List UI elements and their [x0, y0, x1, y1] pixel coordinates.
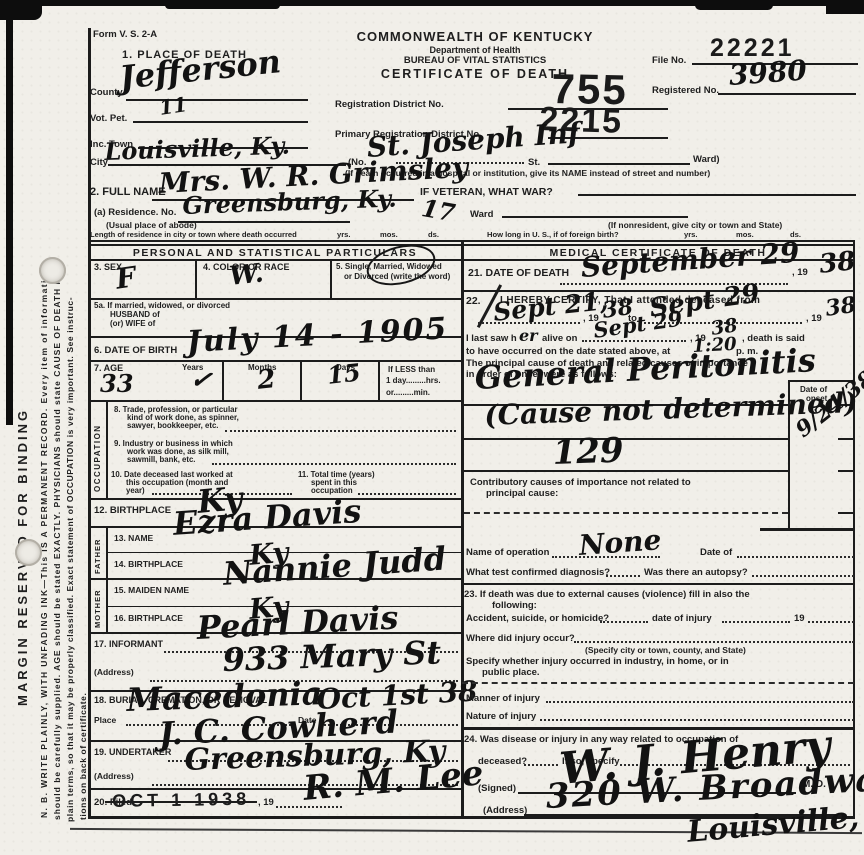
row6-bottom-line [88, 360, 462, 362]
residence-label: (a) Residence. No. [94, 208, 176, 218]
contributory-right-seg [838, 512, 854, 514]
date-of-death-label: 21. DATE OF DEATH [468, 268, 569, 279]
scan-edge-left [6, 5, 13, 425]
q24-deceased-label: deceased? [478, 757, 527, 767]
nature-dotted-line [540, 719, 854, 721]
accident-dotted-line [600, 621, 648, 623]
margin-note-line2: should be carefully supplied. AGE should… [53, 275, 62, 820]
mother-inner-border [106, 578, 108, 632]
married-note-line2: HUSBAND of [110, 311, 160, 319]
mother-vertical-label: MOTHER [94, 590, 102, 629]
department-subtitle: Department of Health [330, 46, 620, 55]
last-saw-text1: I last saw h [466, 334, 517, 344]
undertaker-address-label: (Address) [94, 772, 134, 781]
injury-date-label: date of injury [652, 614, 712, 624]
age-handwritten: 33 [100, 372, 133, 396]
street-label: St. [528, 158, 540, 168]
dob-label: 6. DATE OF BIRTH [94, 346, 177, 356]
years-handwritten-check: ✓ [188, 366, 213, 395]
vot-pet-label: Vot. Pet. [90, 114, 127, 124]
mos1-label: mos. [380, 231, 398, 239]
street-ward-line [548, 163, 690, 165]
test-dotted-line [606, 575, 640, 577]
married-note-line3: (or) WIFE of [110, 320, 155, 328]
q24-deceased-dotted-line [524, 764, 558, 766]
filed-year-label: , 19 [258, 798, 274, 808]
color-race-handwritten: W. [228, 260, 265, 289]
scan-blob-top-2 [695, 0, 773, 10]
father-vertical-label: FATHER [94, 539, 102, 574]
contributory-text2: principal cause: [486, 489, 558, 499]
contributory-dashed-line [464, 512, 788, 514]
row21-bottom-line [462, 290, 854, 292]
operation-date-label: Date of [700, 548, 732, 558]
burial-place-label: Place [94, 716, 116, 725]
injury-date-dotted-line [722, 621, 790, 623]
registered-no-handwritten: 3980 [728, 57, 808, 90]
vot-pet-handwritten: 11 [158, 94, 188, 118]
industry-dotted-line [212, 463, 456, 465]
months-handwritten: 2 [256, 366, 277, 394]
test-row-bottom-line [462, 583, 854, 585]
cause-line-2-right-seg [838, 438, 854, 440]
registered-no-line [718, 93, 856, 95]
how-long-us-label: How long in U. S., if of foreign birth? [487, 231, 619, 239]
last-saw-text2: alive on [542, 334, 577, 344]
margin-note-line1: N. B. WRITE PLAINLY, WITH UNFADING INK—T… [40, 266, 49, 818]
ward2-line [502, 216, 688, 218]
injury-year-dotted-line [808, 621, 854, 623]
days-divider [378, 360, 380, 400]
veteran-line [578, 194, 856, 196]
nonresident-note: (If nonresident, give city or town and S… [608, 221, 782, 230]
father-name-label: 13. NAME [114, 534, 153, 543]
specify-dashed-line [462, 682, 854, 684]
punch-hole-bottom [15, 539, 42, 566]
full-name-label: 2. FULL NAME [90, 187, 166, 198]
death-year-handwritten: 38 [818, 248, 857, 278]
last-worked-line3: year) [126, 487, 145, 495]
manner-dotted-line [546, 701, 854, 703]
registered-no-label: Registered No. [652, 86, 719, 96]
commonwealth-title: COMMONWEALTH OF KENTUCKY [330, 30, 620, 43]
residence-line [178, 221, 350, 223]
contributory-text1: Contributory causes of importance not re… [470, 478, 691, 488]
total-time-dotted-line [358, 493, 456, 495]
nature-of-injury-label: Nature of injury [466, 712, 536, 722]
to-year-handwritten: 38 [824, 294, 857, 320]
autopsy-dotted-line [752, 575, 854, 577]
address-label: (Address) [483, 806, 527, 816]
ward-label: Ward) [693, 155, 720, 165]
length-residence-label: Length of residence in city or town wher… [90, 231, 297, 239]
ward2-label: Ward [470, 210, 493, 220]
father-birthplace-label: 14. BIRTHPLACE [114, 560, 183, 569]
birthplace-label: 12. BIRTHPLACE [94, 506, 171, 516]
cause-line-2 [464, 438, 788, 440]
yrs2-label: yrs. [684, 231, 698, 239]
manner-of-injury-label: Manner of injury [466, 694, 540, 704]
accident-label: Accident, suicide, or homicide? [466, 614, 609, 624]
ds1-label: ds. [428, 231, 439, 239]
injury-year-label: 19 [794, 614, 805, 624]
punch-hole-top [39, 257, 66, 284]
to-year-label: , 19 [806, 314, 822, 324]
informant-label: 17. INFORMANT [94, 640, 163, 649]
informant-address-handwritten: 933 Mary St [222, 636, 442, 676]
days-handwritten: 15 [326, 361, 362, 388]
residence-extra-mark: 17 [420, 196, 457, 225]
death-year-label: , 19 [792, 268, 808, 278]
industry-label-line3: sawmill, bank, etc. [127, 456, 195, 464]
yrs1-label: yrs. [337, 231, 351, 239]
sex-handwritten: F [114, 263, 138, 293]
external-causes-text1: 23. If death was due to external causes … [464, 590, 750, 600]
cause-code-handwritten: 129 [552, 434, 624, 470]
less-than-line1: If LESS than [388, 366, 435, 374]
age-years-divider [222, 360, 224, 400]
file-no-label: File No. [652, 56, 686, 66]
less-than-line3: or.........min. [386, 389, 430, 397]
certify-number: 22. [466, 296, 481, 307]
filed-strike-line [105, 801, 257, 803]
specify-whether-text2: public place. [482, 668, 540, 678]
residence-handwritten: Greensburg, Ky. [182, 187, 397, 218]
specify-whether-text1: Specify whether injury occurred in indus… [466, 657, 729, 667]
bureau-subtitle: BUREAU OF VITAL STATISTICS [330, 56, 620, 66]
filed-date-stamp: OCT 1 1938 [112, 790, 250, 810]
columns-divider [461, 240, 464, 817]
less-than-line2: 1 day.........hrs. [386, 377, 441, 385]
external-causes-text2: following: [492, 601, 537, 611]
operation-label: Name of operation [466, 548, 549, 558]
color-marital-divider [330, 259, 332, 298]
cause-line-3-right-seg [838, 470, 854, 472]
row7-bottom-line [88, 400, 462, 402]
informant-address-label: (Address) [94, 668, 134, 677]
occupation-vertical-label: OCCUPATION [94, 424, 102, 492]
autopsy-label: Was there an autopsy? [644, 568, 748, 578]
row3-bottom-line [88, 298, 462, 300]
where-injury-dotted-line [574, 641, 854, 643]
test-label: What test confirmed diagnosis? [466, 568, 610, 578]
operation-date-dotted-line [737, 556, 854, 558]
operation-handwritten: None [578, 526, 662, 560]
city-handwritten: Louisville, Ky. [104, 134, 290, 164]
trade-label-line3: sawyer, bookkeeper, etc. [127, 422, 218, 430]
dob-handwritten: July 14 - 1905 [186, 314, 449, 358]
sex-color-divider [195, 259, 197, 298]
vot-pet-line [133, 121, 308, 123]
form-number: Form V. S. 2-A [93, 30, 157, 40]
married-note-line1: 5a. If married, widowed, or divorced [94, 302, 230, 310]
scan-blob-top-1 [165, 0, 280, 9]
margin-note-line3: plain terms, so that it may be properly … [66, 297, 75, 822]
where-injury-label: Where did injury occur? [466, 634, 575, 644]
last-saw-er-handwritten: er [519, 328, 538, 344]
margin-note-line4: tions on back of certificate. [79, 693, 88, 820]
mother-name-label: 15. MAIDEN NAME [114, 586, 189, 595]
county-line [126, 99, 308, 101]
mother-birthplace-label: 16. BIRTHPLACE [114, 614, 183, 623]
registration-district-label: Registration District No. [335, 100, 444, 110]
onset-box-bottom-heavy-line [760, 528, 854, 531]
death-certificate-scan: MARGIN RESERVED FOR BINDING N. B. WRITE … [0, 0, 864, 855]
mos2-label: mos. [736, 231, 754, 239]
county-label: County [90, 88, 123, 98]
abode-note: (Usual place of abode) [106, 221, 197, 230]
specify-city-note: (Specify city or town, county, and State… [585, 646, 746, 655]
trade-dotted-line [225, 430, 456, 432]
occupation-inner-border [106, 400, 108, 498]
cause-line-3 [464, 470, 788, 472]
months-divider [300, 360, 302, 400]
scan-corner-right [826, 0, 864, 14]
